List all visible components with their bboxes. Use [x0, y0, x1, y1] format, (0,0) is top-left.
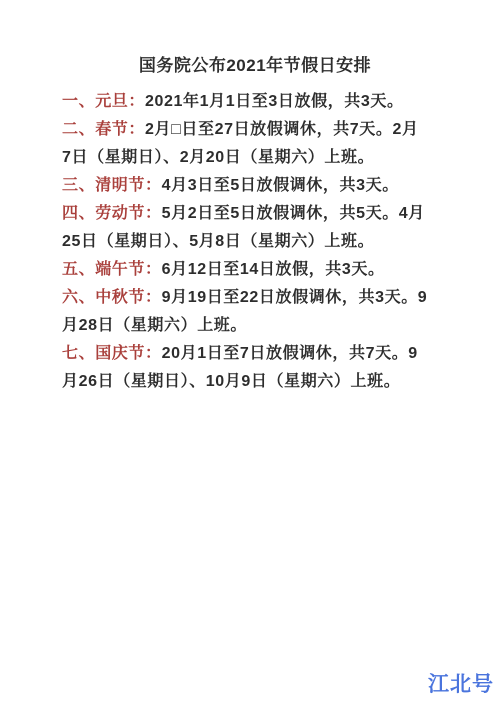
- holiday-text: 4月3日至5日放假调休，共3天。: [162, 177, 399, 194]
- holiday-item-new-year: 一、元旦：2021年1月1日至3日放假，共3天。: [62, 88, 448, 116]
- document-page: 国务院公布2021年节假日安排 一、元旦：2021年1月1日至3日放假，共3天。…: [0, 0, 500, 707]
- holiday-item-national-day: 七、国庆节：20月1日至7日放假调休，共7天。9 月26日（星期日）、10月9日…: [62, 340, 448, 396]
- holiday-label: 三、清明节：: [62, 177, 162, 194]
- holiday-item-mid-autumn: 六、中秋节：9月19日至22日放假调休，共3天。9 月28日（星期六）上班。: [62, 284, 448, 340]
- holiday-text: 2021年1月1日至3日放假，共3天。: [145, 93, 404, 110]
- holiday-text: 6月12日至14日放假，共3天。: [162, 261, 385, 278]
- holiday-item-qingming: 三、清明节：4月3日至5日放假调休，共3天。: [62, 172, 448, 200]
- holiday-item-dragon-boat: 五、端午节：6月12日至14日放假，共3天。: [62, 256, 448, 284]
- holiday-item-spring-festival: 二、春节：2月□日至27日放假调休，共7天。2月 7日（星期日）、2月20日（星…: [62, 116, 448, 172]
- holiday-label: 一、元旦：: [62, 93, 145, 110]
- holiday-label: 二、春节：: [62, 121, 145, 138]
- watermark-jiangbeihao: 江北号: [428, 668, 494, 698]
- page-title: 国务院公布2021年节假日安排: [62, 52, 448, 80]
- holiday-label: 七、国庆节：: [62, 345, 162, 362]
- holiday-label: 四、劳动节：: [62, 205, 162, 222]
- holiday-label: 六、中秋节：: [62, 289, 162, 306]
- holiday-label: 五、端午节：: [62, 261, 162, 278]
- holiday-item-labor-day: 四、劳动节：5月2日至5日放假调休，共5天。4月 25日（星期日）、5月8日（星…: [62, 200, 448, 256]
